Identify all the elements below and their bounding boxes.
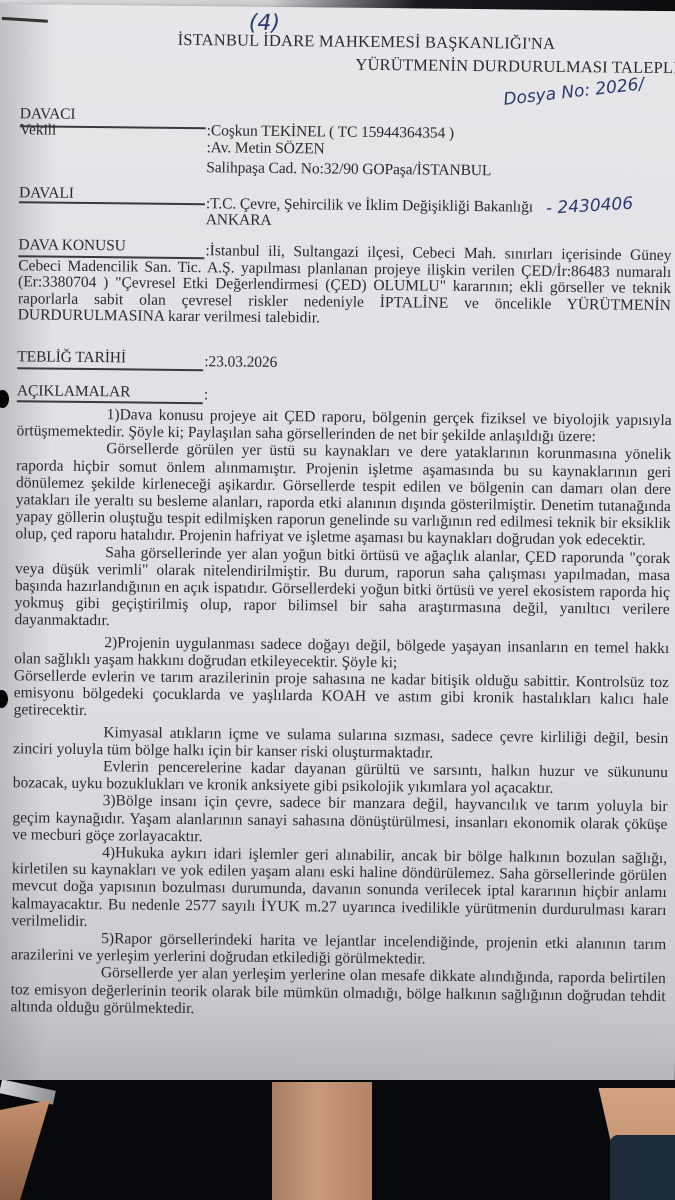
photo-skin-center [272,1082,372,1200]
explanations-colon: : [204,386,208,404]
paragraph-line: dayanmaktadır. [14,612,109,631]
explanations-label: AÇIKLAMALAR [17,382,131,401]
attorney-value: :Av. Metin SÖZEN [206,139,324,158]
document-page: (4) İSTANBUL İDARE MAHKEMESİ BAŞKANLIĞI'… [0,4,675,1089]
photo-object-right [610,1135,675,1200]
defendant-city: ANKARA [206,211,272,230]
explanations-underline [17,400,203,404]
subject-label: DAVA KONUSU [18,236,125,255]
notification-label: TEBLİĞ TARİHİ [17,348,126,367]
subject-line: DURDURULMASINA karar verilmesi talebidir… [18,306,320,327]
attorney-address: Salihpaşa Cad. No:32/90 GOPaşa/İSTANBUL [206,159,491,180]
defendant-underline [19,201,205,205]
paragraph-line: verilmelidir. [11,912,87,931]
defendant-label: DAVALI [19,184,74,203]
document-subtitle: YÜRÜTMENİN DURDURULMASI TALEPLİDİR [355,56,675,78]
paragraph-line: altında olduğu görülmektedir. [10,998,194,1018]
pen-mark [2,17,48,23]
court-title: İSTANBUL İDARE MAHKEMESİ BAŞKANLIĞI'NA [178,31,556,53]
handwritten-reference: - 2430406 [545,194,633,219]
paragraph-line: ve mecburi göçe zorlayacaktır. [12,826,202,846]
attorney-label: Vekili [20,121,57,139]
handwritten-file-number: Dosya No: 2026/ [502,74,645,110]
paragraph-line: getirecektir. [14,702,88,721]
notification-underline [17,367,203,371]
notification-date: :23.03.2026 [204,353,277,372]
